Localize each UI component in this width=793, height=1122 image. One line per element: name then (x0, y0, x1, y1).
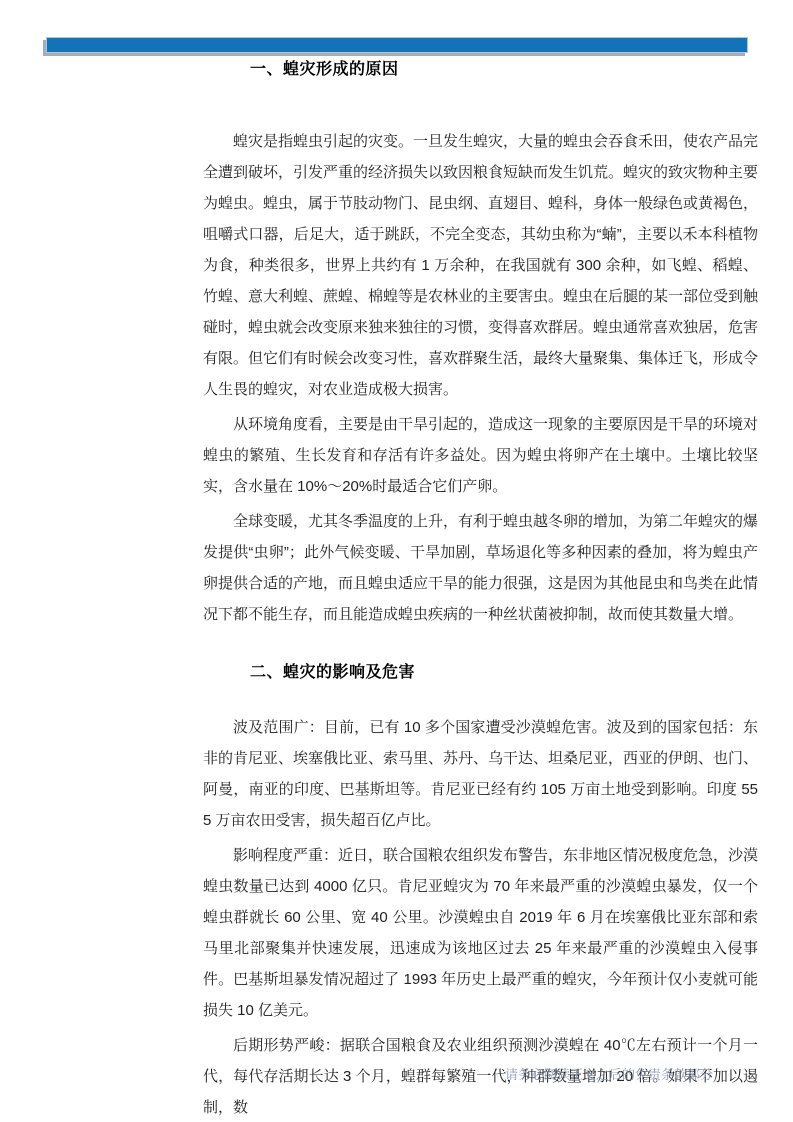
body-paragraph: 波及范围广：目前，已有 10 多个国家遭受沙漠蝗危害。波及到的国家包括：东非的肯… (203, 712, 758, 836)
body-paragraph: 从环境角度看，主要是由干旱引起的，造成这一现象的主要原因是干旱的环境对蝗虫的繁殖… (203, 409, 758, 502)
section-heading-1: 一、蝗灾形成的原因 (203, 57, 758, 83)
body-paragraph: 全球变暖，尤其冬季温度的上升，有利于蝗虫越冬卵的增加，为第二年蝗灾的爆发提供“虫… (203, 506, 758, 630)
document-page: 一、蝗灾形成的原因 蝗灾是指蝗虫引起的灾变。一旦发生蝗灾，大量的蝗虫会吞食禾田，… (0, 0, 793, 1122)
body-paragraph: 影响程度严重：近日，联合国粮农组织发布警告，东非地区情况极度危急，沙漠蝗虫数量已… (203, 840, 758, 1026)
footer-disclaimer: 请务必阅读正文之后的免责条款部分 (505, 1066, 713, 1084)
body-paragraph: 蝗灾是指蝗虫引起的灾变。一旦发生蝗灾，大量的蝗虫会吞食禾田，使农产品完全遭到破坏… (203, 126, 758, 405)
document-body: 一、蝗灾形成的原因 蝗灾是指蝗虫引起的灾变。一旦发生蝗灾，大量的蝗虫会吞食禾田，… (203, 0, 758, 1122)
section-heading-2: 二、蝗灾的影响及危害 (203, 660, 758, 686)
